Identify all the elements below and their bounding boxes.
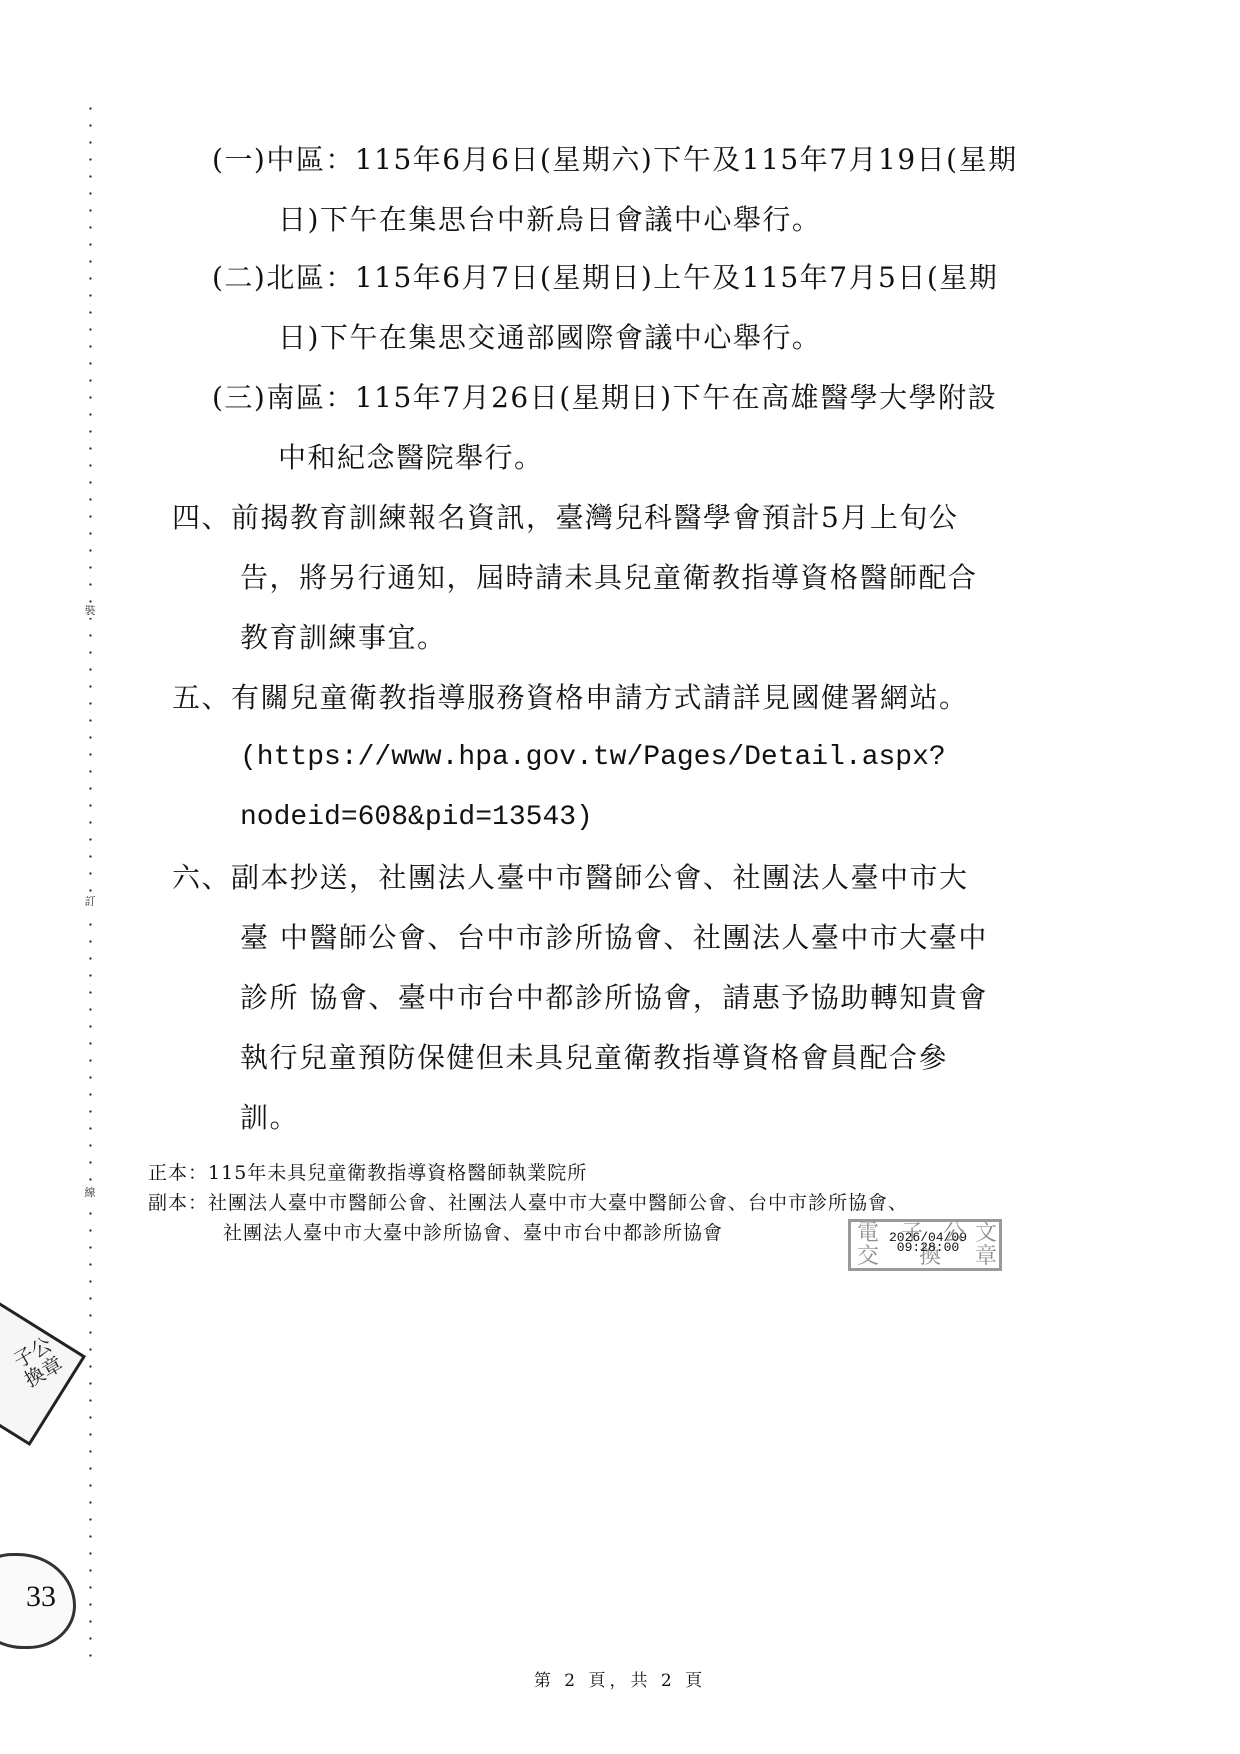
item-6-line-1: 六、副本抄送，社團法人臺中市醫師公會、社團法人臺中市大 <box>172 860 969 896</box>
stamp-char: 電 <box>857 1223 879 1245</box>
copy-value-1: 社團法人臺中市醫師公會、社團法人臺中市大臺中醫師公會、台中市診所協會、 <box>208 1192 908 1214</box>
margin-seal-number: 33 <box>26 1580 56 1614</box>
item-4-line-2: 告，將另行通知，屆時請未具兒童衛教指導資格醫師配合 <box>240 560 978 596</box>
item-4-line-1: 四、前揭教育訓練報名資訊，臺灣兒科醫學會預計5月上旬公 <box>172 500 958 536</box>
binding-mark-ding: 訂 <box>82 895 98 909</box>
item-5-line-1: 五、有關兒童衛教指導服務資格申請方式請詳見國健署網站。 <box>172 680 969 716</box>
item-6-line-2: 臺 中醫師公會、台中市診所協會、社團法人臺中市大臺中 <box>240 920 988 956</box>
subitem-1-line-1: (一)中區：115年6月6日(星期六)下午及115年7月19日(星期 <box>212 142 1018 178</box>
copy-label: 副本： <box>148 1192 208 1214</box>
copy-recipients-line-2: 社團法人臺中市大臺中診所協會、臺中市台中都診所協會 <box>223 1220 723 1246</box>
page-number-footer: 第 2 頁，共 2 頁 <box>0 1666 1240 1691</box>
item-6-line-5: 訓。 <box>240 1100 299 1136</box>
stamp-char: 文 <box>975 1223 997 1245</box>
subitem-2-line-1: (二)北區：115年6月7日(星期日)上午及115年7月5日(星期 <box>212 260 998 296</box>
subitem-3-line-2: 中和紀念醫院舉行。 <box>278 440 544 476</box>
stamp-char: 交 <box>857 1246 879 1268</box>
stamp-char: 章 <box>975 1246 997 1268</box>
item-6-line-3: 診所 協會、臺中市台中都診所協會，請惠予協助轉知貴會 <box>240 980 988 1016</box>
item-4-line-3: 教育訓練事宜。 <box>240 620 447 656</box>
copy-recipients-line-1: 副本：社團法人臺中市醫師公會、社團法人臺中市大臺中醫師公會、台中市診所協會、 <box>148 1190 908 1216</box>
item-5-url-line-1: (https://www.hpa.gov.tw/Pages/Detail.asp… <box>240 740 946 776</box>
subitem-2-line-2: 日)下午在集思交通部國際會議中心舉行。 <box>278 320 821 356</box>
subitem-1-line-2: 日)下午在集思台中新烏日會議中心舉行。 <box>278 202 821 238</box>
subitem-3-line-1: (三)南區：115年7月26日(星期日)下午在高雄醫學大學附設 <box>212 380 997 416</box>
electronic-exchange-stamp: 電 子 公 文 交 換 章 2026/04/09 09:28:00 <box>848 1219 1002 1271</box>
binding-dotted-line <box>89 100 92 1665</box>
stamp-time: 09:28:00 <box>881 1242 975 1253</box>
document-page: 裝 訂 線 (一)中區：115年6月6日(星期六)下午及115年7月19日(星期… <box>0 0 1240 1754</box>
original-value: 115年未具兒童衛教指導資格醫師執業院所 <box>208 1162 587 1184</box>
original-recipient: 正本：115年未具兒童衛教指導資格醫師執業院所 <box>148 1160 587 1186</box>
binding-mark-xian: 線 <box>82 1186 98 1200</box>
original-label: 正本： <box>148 1162 208 1184</box>
item-5-url-line-2: nodeid=608&pid=13543) <box>240 800 593 836</box>
binding-mark-zhuang: 裝 <box>82 604 98 618</box>
item-6-line-4: 執行兒童預防保健但未具兒童衛教指導資格會員配合參 <box>240 1040 948 1076</box>
